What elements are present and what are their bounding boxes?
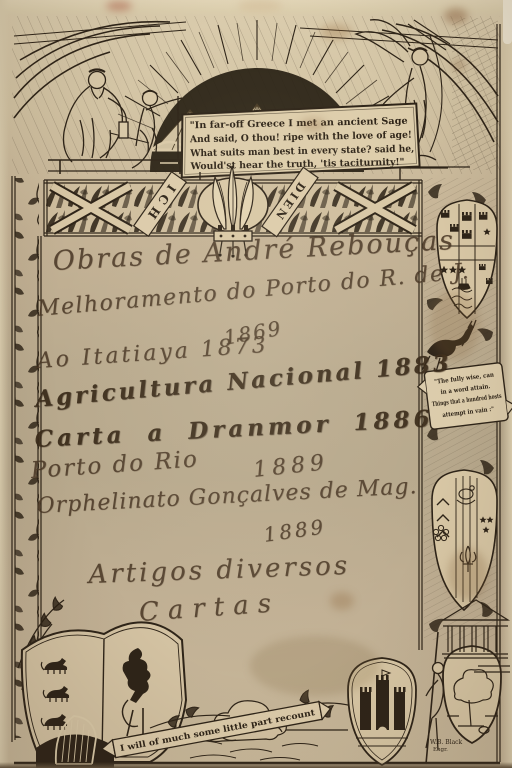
scanned-bookplate-page: "In far-off Greece I met an ancient Sage…: [0, 0, 512, 768]
motto-scroll: "The fully wise, can in a word attain. T…: [416, 362, 512, 431]
signature-name: W.B. Black: [430, 739, 463, 746]
coronet-icon: [214, 225, 252, 258]
top-illustration: "In far-off Greece I met an ancient Sage…: [12, 16, 500, 180]
castle-shield: [348, 658, 416, 765]
tree-shield: [443, 646, 501, 743]
corner-hatching: [452, 18, 498, 170]
paper-bottom-shadow: [0, 762, 512, 768]
engraver-signature: W.B. Black Engr.: [430, 739, 463, 753]
engraved-border-artwork: "In far-off Greece I met an ancient Sage…: [0, 0, 512, 768]
laurel-band: ICH DIEN: [44, 166, 422, 258]
quote-plaque: "In far-off Greece I met an ancient Sage…: [180, 104, 419, 178]
signature-title: Engr.: [433, 747, 448, 753]
